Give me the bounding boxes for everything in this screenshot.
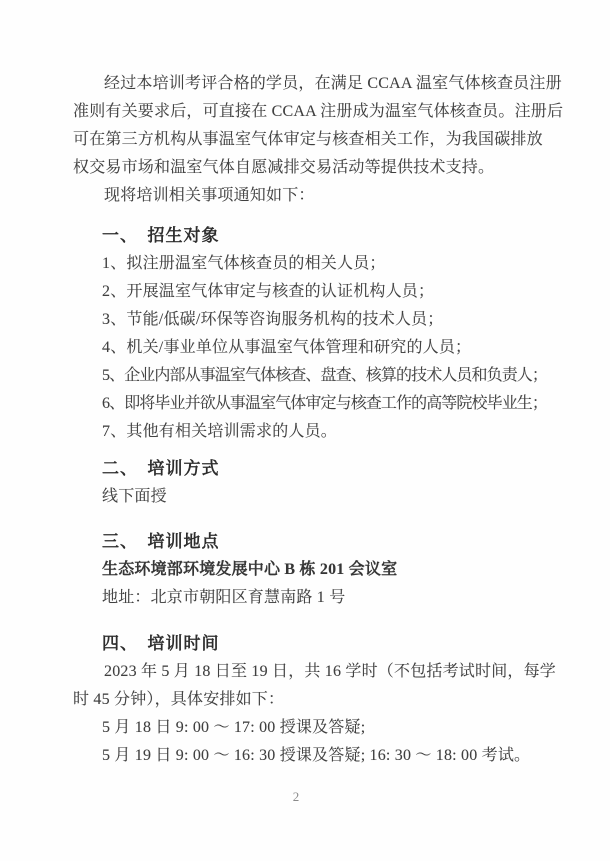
training-venue: 生态环境部环境发展中心 B 栋 201 会议室: [73, 556, 540, 584]
training-address: 地址：北京市朝阳区育慧南路 1 号: [73, 584, 540, 612]
section-heading-training-time: 四、 培训时间: [73, 630, 540, 658]
training-time-line-1: 2023 年 5 月 18 日至 19 日，共 16 学时（不包括考试时间，每学: [73, 658, 540, 686]
section-heading-training-location: 三、 培训地点: [73, 528, 540, 556]
intro-line-4: 权交易市场和温室气体自愿减排交易活动等提供技术支持。: [73, 154, 540, 182]
intro-line-2: 准则有关要求后，可直接在 CCAA 注册成为温室气体核查员。注册后: [73, 98, 540, 126]
intro-line-3: 可在第三方机构从事温室气体审定与核查相关工作，为我国碳排放: [73, 126, 540, 154]
enrollment-item-3: 3、节能/低碳/环保等咨询服务机构的技术人员；: [73, 306, 540, 334]
enrollment-item-1: 1、拟注册温室气体核查员的相关人员；: [73, 250, 540, 278]
training-time-line-2: 时 45 分钟），具体安排如下：: [73, 686, 540, 714]
training-time-line-4: 5 月 19 日 9: 00 ～ 16: 30 授课及答疑; 16: 30 ～ …: [73, 742, 540, 770]
page-number: 2: [0, 789, 592, 805]
enrollment-item-6: 6、即将毕业并欲从事温室气体审定与核查工作的高等院校毕业生；: [73, 390, 540, 418]
section-heading-enrollment-targets: 一、 招生对象: [73, 222, 540, 250]
enrollment-item-5: 5、企业内部从事温室气体核查、盘查、核算的技术人员和负责人；: [73, 362, 540, 390]
intro-line-5: 现将培训相关事项通知如下：: [73, 182, 540, 210]
enrollment-item-4: 4、机关/事业单位从事温室气体管理和研究的人员；: [73, 334, 540, 362]
section-heading-training-method: 二、 培训方式: [73, 455, 540, 483]
enrollment-item-7: 7、其他有相关培训需求的人员。: [73, 418, 540, 446]
training-time-line-3: 5 月 18 日 9: 00 ～ 17: 00 授课及答疑;: [73, 714, 540, 742]
training-method: 线下面授: [73, 483, 540, 511]
enrollment-item-2: 2、开展温室气体审定与核查的认证机构人员；: [73, 278, 540, 306]
document-page: 经过本培训考评合格的学员，在满足 CCAA 温室气体核查员注册 准则有关要求后，…: [0, 0, 610, 861]
intro-line-1: 经过本培训考评合格的学员，在满足 CCAA 温室气体核查员注册: [73, 70, 540, 98]
document-content: 经过本培训考评合格的学员，在满足 CCAA 温室气体核查员注册 准则有关要求后，…: [73, 70, 540, 770]
